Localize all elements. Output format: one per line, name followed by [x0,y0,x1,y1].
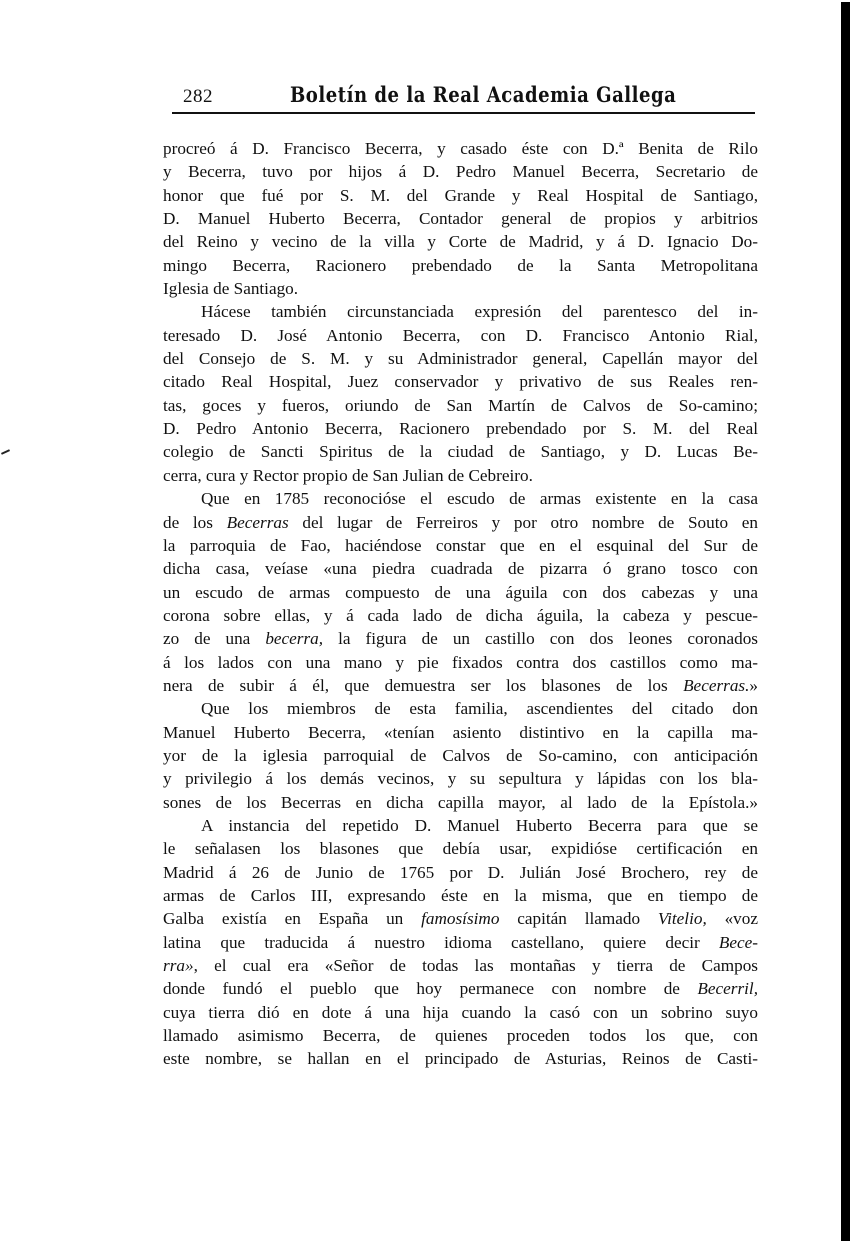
text-line: este nombre, se hallan en el principado … [163,1047,758,1070]
text-line: citado Real Hospital, Juez conservador y… [163,370,758,393]
text-line: donde fundó el pueblo que hoy permanece … [163,977,758,1000]
text-line: tas, goces y fueros, oriundo de San Mart… [163,394,758,417]
text-segment: capitán llamado [499,909,657,928]
italic-text: Becerras [227,513,289,532]
text-line: rra», el cual era «Señor de todas las mo… [163,954,758,977]
text-line: del Reino y vecino de la villa y Corte d… [163,230,758,253]
text-line: cerra, cura y Rector propio de San Julia… [163,464,758,487]
italic-text: rra» [163,956,194,975]
italic-text: Vitelio, [658,909,707,928]
text-line: zo de una becerra, la figura de un casti… [163,627,758,650]
text-line: honor que fué por S. M. del Grande y Rea… [163,184,758,207]
text-line: y Becerra, tuvo por hijos á D. Pedro Man… [163,160,758,183]
text-line: Madrid á 26 de Junio de 1765 por D. Juli… [163,861,758,884]
text-line: nera de subir á él, que demuestra ser lo… [163,674,758,697]
text-line: del Consejo de S. M. y su Administrador … [163,347,758,370]
text-line: D. Manuel Huberto Becerra, Contador gene… [163,207,758,230]
running-title: Boletín de la Real Academia Gallega [290,82,676,107]
text-segment: de los [163,513,227,532]
text-segment: » [749,676,758,695]
text-line: colegio de Sancti Spiritus de la ciudad … [163,440,758,463]
header-rule [172,112,755,114]
italic-text: Becerras. [683,676,749,695]
text-segment: zo de una [163,629,265,648]
italic-text: Becerril, [697,979,758,998]
scan-edge-shadow [841,2,850,1241]
text-line: la parroquia de Fao, haciéndose constar … [163,534,758,557]
text-line: y privilegio á los demás vecinos, y su s… [163,767,758,790]
text-line: Manuel Huberto Becerra, «tenían asiento … [163,721,758,744]
text-line: Que los miembros de esta familia, ascend… [163,697,758,720]
text-segment: del lugar de Ferreiros y por otro nombre… [289,513,758,532]
page-number: 282 [183,86,213,108]
text-line: Que en 1785 reconocióse el escudo de arm… [163,487,758,510]
text-segment: «voz [707,909,758,928]
text-segment: Galba existía en España un [163,909,421,928]
margin-pencil-mark [1,449,10,455]
body-text: procreó á D. Francisco Becerra, y casado… [163,137,758,1071]
text-line: yor de la iglesia parroquial de Calvos d… [163,744,758,767]
text-line: mingo Becerra, Racionero prebendado de l… [163,254,758,277]
text-segment: latina que traducida á nuestro idioma ca… [163,933,719,952]
text-line: procreó á D. Francisco Becerra, y casado… [163,137,758,160]
italic-text: becerra, [265,629,323,648]
text-line: sones de los Becerras en dicha capilla m… [163,791,758,814]
text-line: armas de Carlos III, expresando éste en … [163,884,758,907]
italic-text: Bece- [719,933,758,952]
text-line: Galba existía en España un famosísimo ca… [163,907,758,930]
text-line: le señalasen los blasones que debía usar… [163,837,758,860]
text-line: A instancia del repetido D. Manuel Huber… [163,814,758,837]
text-line: un escudo de armas compuesto de una águi… [163,581,758,604]
text-line: cuya tierra dió en dote á una hija cuand… [163,1001,758,1024]
text-line: dicha casa, veíase «una piedra cuadrada … [163,557,758,580]
text-line: Hácese también circunstanciada expresión… [163,300,758,323]
text-line: teresado D. José Antonio Becerra, con D.… [163,324,758,347]
text-segment: nera de subir á él, que demuestra ser lo… [163,676,683,695]
text-line: á los lados con una mano y pie fixados c… [163,651,758,674]
italic-text: famosísimo [421,909,499,928]
text-line: llamado asimismo Becerra, de quienes pro… [163,1024,758,1047]
text-segment: donde fundó el pueblo que hoy permanece … [163,979,697,998]
text-line: D. Pedro Antonio Becerra, Racionero preb… [163,417,758,440]
text-line: corona sobre ellas, y á cada lado de dic… [163,604,758,627]
text-line: de los Becerras del lugar de Ferreiros y… [163,511,758,534]
text-segment: la figura de un castillo con dos leones … [323,629,758,648]
text-line: latina que traducida á nuestro idioma ca… [163,931,758,954]
text-line: Iglesia de Santiago. [163,277,758,300]
text-segment: , el cual era «Señor de todas las montañ… [194,956,758,975]
